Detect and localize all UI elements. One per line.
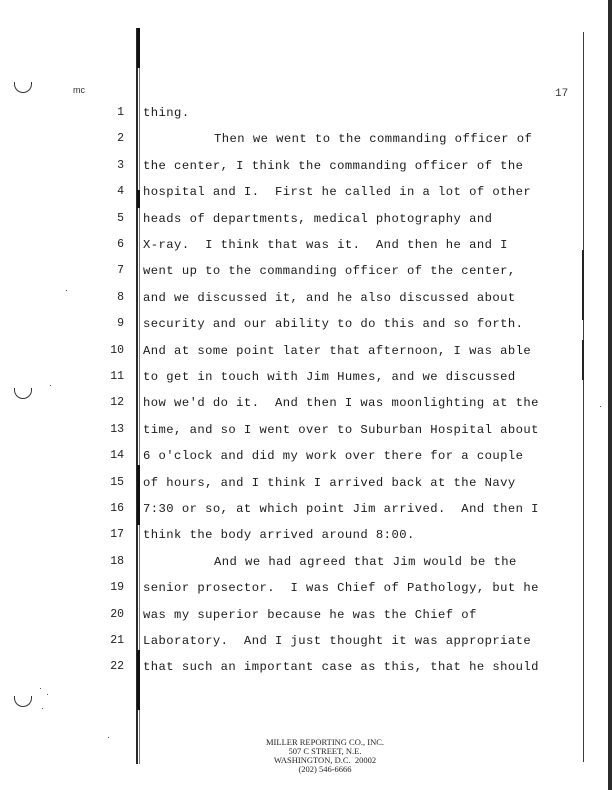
line-text: security and our ability to do this and …: [143, 317, 523, 331]
line-number: 5: [100, 212, 124, 225]
line-text: to get in touch with Jim Humes, and we d…: [143, 370, 516, 384]
line-number: 20: [100, 608, 124, 621]
line-text: hospital and I. First he called in a lot…: [143, 185, 531, 199]
transcript-line: 6X-ray. I think that was it. And then he…: [0, 234, 612, 260]
scan-speck: [108, 737, 109, 738]
line-text: think the body arrived around 8:00.: [143, 528, 415, 542]
line-text: thing.: [143, 106, 190, 120]
line-number: 19: [100, 581, 124, 594]
transcript-line: 146 o'clock and did my work over there f…: [0, 445, 612, 471]
line-number: 8: [100, 291, 124, 304]
left-margin-rule-segment: [137, 28, 140, 68]
scan-speck: [47, 694, 48, 695]
line-text: the center, I think the commanding offic…: [143, 159, 523, 173]
transcript-line: 21Laboratory. And I just thought it was …: [0, 630, 612, 656]
line-text: X-ray. I think that was it. And then he …: [143, 238, 508, 252]
line-number: 12: [100, 396, 124, 409]
page-number: 17: [555, 88, 568, 100]
line-text: was my superior because he was the Chief…: [143, 608, 477, 622]
transcript-line: 12how we'd do it. And then I was moonlig…: [0, 392, 612, 418]
line-text: went up to the commanding officer of the…: [143, 264, 516, 278]
transcript-line: 3the center, I think the commanding offi…: [0, 155, 612, 181]
line-number: 1: [100, 106, 124, 119]
line-number: 9: [100, 317, 124, 330]
line-text: And at some point later that afternoon, …: [143, 344, 531, 358]
transcript-line: 4hospital and I. First he called in a lo…: [0, 181, 612, 207]
transcript-line: 13time, and so I went over to Suburban H…: [0, 419, 612, 445]
line-text: heads of departments, medical photograph…: [143, 212, 492, 226]
line-text: 7:30 or so, at which point Jim arrived. …: [143, 502, 539, 516]
line-text: how we'd do it. And then I was moonlight…: [143, 396, 539, 410]
punch-hole-mark-icon: [14, 696, 32, 707]
line-text: and we discussed it, and he also discuss…: [143, 291, 516, 305]
line-text: of hours, and I think I arrived back at …: [143, 476, 516, 490]
line-number: 18: [100, 555, 124, 568]
reporter-footer: MILLER REPORTING CO., INC. 507 C STREET,…: [200, 738, 450, 774]
transcript-line: 1thing.: [0, 102, 612, 128]
transcript-line: 167:30 or so, at which point Jim arrived…: [0, 498, 612, 524]
transcript-line: 8and we discussed it, and he also discus…: [0, 287, 612, 313]
line-number: 22: [100, 660, 124, 673]
line-text: Laboratory. And I just thought it was ap…: [143, 634, 531, 648]
scan-speck: [42, 708, 43, 709]
transcript-line: 15of hours, and I think I arrived back a…: [0, 472, 612, 498]
scan-speck: [40, 688, 41, 689]
line-number: 14: [100, 449, 124, 462]
line-number: 3: [100, 159, 124, 172]
line-number: 11: [100, 370, 124, 383]
reporter-initials: mc: [73, 85, 85, 95]
transcript-line: 5heads of departments, medical photograp…: [0, 208, 612, 234]
line-number: 4: [100, 185, 124, 198]
footer-phone: (202) 546-6666: [200, 765, 450, 774]
transcript-line: 18And we had agreed that Jim would be th…: [0, 551, 612, 577]
transcript-line: 2Then we went to the commanding officer …: [0, 128, 612, 154]
transcript-line: 19senior prosector. I was Chief of Patho…: [0, 577, 612, 603]
line-text: senior prosector. I was Chief of Patholo…: [143, 581, 539, 595]
transcript-line: 9security and our ability to do this and…: [0, 313, 612, 339]
line-number: 13: [100, 423, 124, 436]
line-number: 10: [100, 344, 124, 357]
line-number: 15: [100, 476, 124, 489]
line-text: time, and so I went over to Suburban Hos…: [143, 423, 539, 437]
transcript-line: 11to get in touch with Jim Humes, and we…: [0, 366, 612, 392]
line-number: 16: [100, 502, 124, 515]
punch-hole-mark-icon: [14, 82, 32, 93]
line-text: that such an important case as this, tha…: [143, 660, 539, 674]
line-text: 6 o'clock and did my work over there for…: [143, 449, 523, 463]
transcript-line: 22that such an important case as this, t…: [0, 656, 612, 682]
transcript-line: 10And at some point later that afternoon…: [0, 340, 612, 366]
line-number: 17: [100, 528, 124, 541]
line-number: 2: [100, 132, 124, 145]
line-text: And we had agreed that Jim would be the: [214, 555, 517, 569]
transcript-line: 17think the body arrived around 8:00.: [0, 524, 612, 550]
line-number: 7: [100, 264, 124, 277]
transcript-line: 20was my superior because he was the Chi…: [0, 604, 612, 630]
transcript-page: mc 17 1thing.2Then we went to the comman…: [0, 0, 612, 790]
transcript-line: 7went up to the commanding officer of th…: [0, 260, 612, 286]
line-number: 6: [100, 238, 124, 251]
line-number: 21: [100, 634, 124, 647]
line-text: Then we went to the commanding officer o…: [214, 132, 532, 146]
